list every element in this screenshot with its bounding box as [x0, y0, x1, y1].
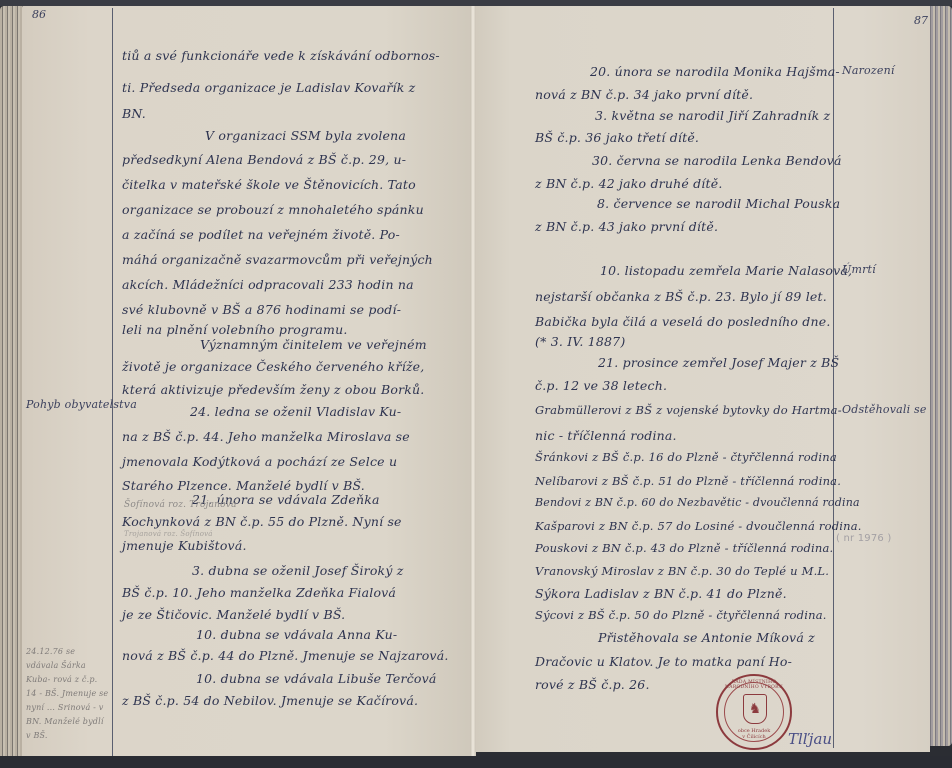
text-line: (* 3. IV. 1887)	[535, 334, 625, 349]
text-line: která aktivizuje především ženy z obou B…	[122, 382, 424, 397]
signature: Tlľjau	[788, 730, 832, 748]
text-line: z BŠ č.p. 54 do Nebilov. Jmenuje se Kačí…	[122, 693, 418, 708]
text-line: ti. Předseda organizace je Ladislav Kova…	[122, 80, 415, 95]
text-line: Dračovic u Klatov. Je to matka paní Ho-	[535, 654, 792, 669]
margin-note-pencil: 24.12.76 se vdávala Šárka Kuba- rová z č…	[26, 645, 110, 743]
text-line: Nelíbarovi z BŠ č.p. 51 do Plzně - tříčl…	[535, 474, 841, 488]
text-line: nová z BŠ č.p. 44 do Plzně. Jmenuje se N…	[122, 648, 449, 663]
margin-note-births: Narození	[842, 64, 895, 77]
text-line: rové z BŠ č.p. 26.	[535, 677, 650, 692]
text-line: máhá organizačně svazarmovcům při veřejn…	[122, 252, 433, 267]
text-line: nová z BN č.p. 34 jako první dítě.	[535, 87, 753, 102]
text-line: Grabmüllerovi z BŠ z vojenské bytovky do…	[535, 403, 842, 417]
text-line: Kochynková z BN č.p. 55 do Plzně. Nyní s…	[122, 514, 402, 529]
text-line: V organizaci SSM byla zvolena	[205, 128, 406, 143]
page-stack-left-edge	[0, 6, 24, 764]
stamp-text-bottom-line2: v Čilicích	[718, 734, 790, 740]
page-number-left: 86	[32, 8, 46, 21]
text-line: Sýcovi z BŠ č.p. 50 do Plzně - čtyřčlenn…	[535, 608, 827, 622]
text-line: je ze Štičovic. Manželé bydlí v BŠ.	[122, 607, 345, 622]
coat-of-arms-icon: ♞	[743, 694, 767, 724]
text-line: organizace se probouzí z mnohaletého spá…	[122, 202, 424, 217]
text-line: Vranovský Miroslav z BN č.p. 30 do Teplé…	[535, 564, 829, 578]
text-line: nic - tříčlenná rodina.	[535, 428, 677, 443]
text-line: akcích. Mládežníci odpracovali 233 hodin…	[122, 277, 414, 292]
text-line: 24. ledna se oženil Vladislav Ku-	[190, 404, 401, 419]
faint-annotation: Šofínová roz. Trojanová	[124, 500, 237, 510]
text-line: Pouskovi z BN č.p. 43 do Plzně - tříčlen…	[535, 541, 833, 555]
text-line: č.p. 12 ve 38 letech.	[535, 378, 667, 393]
text-line: 10. dubna se vdávala Libuše Terčová	[196, 671, 437, 686]
text-line: na z BŠ č.p. 44. Jeho manželka Miroslava…	[122, 429, 410, 444]
text-line: své klubovně v BŠ a 876 hodinami se podí…	[122, 302, 401, 317]
text-line: 8. července se narodil Michal Pouska	[597, 196, 840, 211]
margin-note-population-movement: Pohyb obyvatelstva	[26, 398, 137, 411]
text-line: 21. prosince zemřel Josef Majer z BŠ	[598, 355, 839, 370]
text-line: Starého Plzence. Manželé bydlí v BŠ.	[122, 478, 365, 493]
text-line: Přistěhovala se Antonie Míková z	[598, 630, 815, 645]
text-line: leli na plnění volebního programu.	[122, 322, 348, 337]
open-chronicle-book: 86 87 Pohyb obyvatelstva 24.12.76 se vdá…	[0, 0, 952, 768]
text-line: 30. června se narodila Lenka Bendová	[592, 153, 842, 168]
book-gutter	[470, 6, 476, 758]
official-stamp: RADA MÍSTNÍHO NÁRODNÍHO VÝBORU ♞ obce Hr…	[716, 674, 792, 750]
text-line: tiů a své funkcionáře vede k získávání o…	[122, 48, 440, 63]
left-margin-rule	[112, 8, 113, 756]
text-line: čitelka v mateřské škole ve Štěnovicích.…	[122, 177, 416, 192]
text-line: 10. dubna se vdávala Anna Ku-	[196, 627, 397, 642]
text-line: Babička byla čilá a veselá do posledního…	[535, 314, 831, 329]
text-line: a začíná se podílet na veřejném životě. …	[122, 227, 400, 242]
text-line: z BN č.p. 43 jako první dítě.	[535, 219, 718, 234]
stamp-text-top: RADA MÍSTNÍHO NÁRODNÍHO VÝBORU	[718, 680, 790, 690]
text-line: Kašparovi z BN č.p. 57 do Losiné - dvouč…	[535, 519, 862, 533]
page-number-right: 87	[914, 14, 928, 27]
text-line: 10. listopadu zemřela Marie Nalasová,	[600, 263, 852, 278]
pencil-note: ( nr 1976 )	[836, 533, 891, 544]
text-line: 3. května se narodil Jiří Zahradník z	[595, 108, 830, 123]
text-line: předsedkyní Alena Bendová z BŠ č.p. 29, …	[122, 152, 406, 167]
text-line: z BN č.p. 42 jako druhé dítě.	[535, 176, 723, 191]
text-line: 3. dubna se oženil Josef Široký z	[192, 563, 404, 578]
text-line: Bendovi z BN č.p. 60 do Nezbavětic - dvo…	[535, 496, 860, 509]
text-line: Významným činitelem ve veřejném	[200, 337, 427, 352]
book-cover-top	[0, 0, 952, 6]
background-surface	[0, 756, 952, 768]
text-line: jmenovala Kodýtková a pochází ze Selce u	[122, 454, 397, 469]
stamp-text-bottom: obce Hradek v Čilicích	[718, 728, 790, 740]
text-line: Šránkovi z BŠ č.p. 16 do Plzně - čtyřčle…	[535, 450, 837, 464]
text-line: 20. února se narodila Monika Hajšma-	[590, 64, 840, 79]
text-line: jmenuje Kubištová.	[122, 538, 247, 553]
page-stack-right-edge	[928, 6, 952, 746]
text-line: Sýkora Ladislav z BN č.p. 41 do Plzně.	[535, 586, 787, 601]
margin-note-moved-out: Odstěhovali se	[842, 403, 927, 416]
text-line: BŠ č.p. 36 jako třetí dítě.	[535, 130, 699, 145]
text-line: nejstarší občanka z BŠ č.p. 23. Bylo jí …	[535, 289, 827, 304]
text-line: BN.	[122, 106, 146, 121]
faint-annotation: Trojanová roz. Šofínová	[124, 530, 213, 538]
right-margin-rule	[833, 8, 834, 748]
text-line: životě je organizace Českého červeného k…	[122, 359, 424, 374]
text-line: BŠ č.p. 10. Jeho manželka Zdeňka Fialová	[122, 585, 396, 600]
